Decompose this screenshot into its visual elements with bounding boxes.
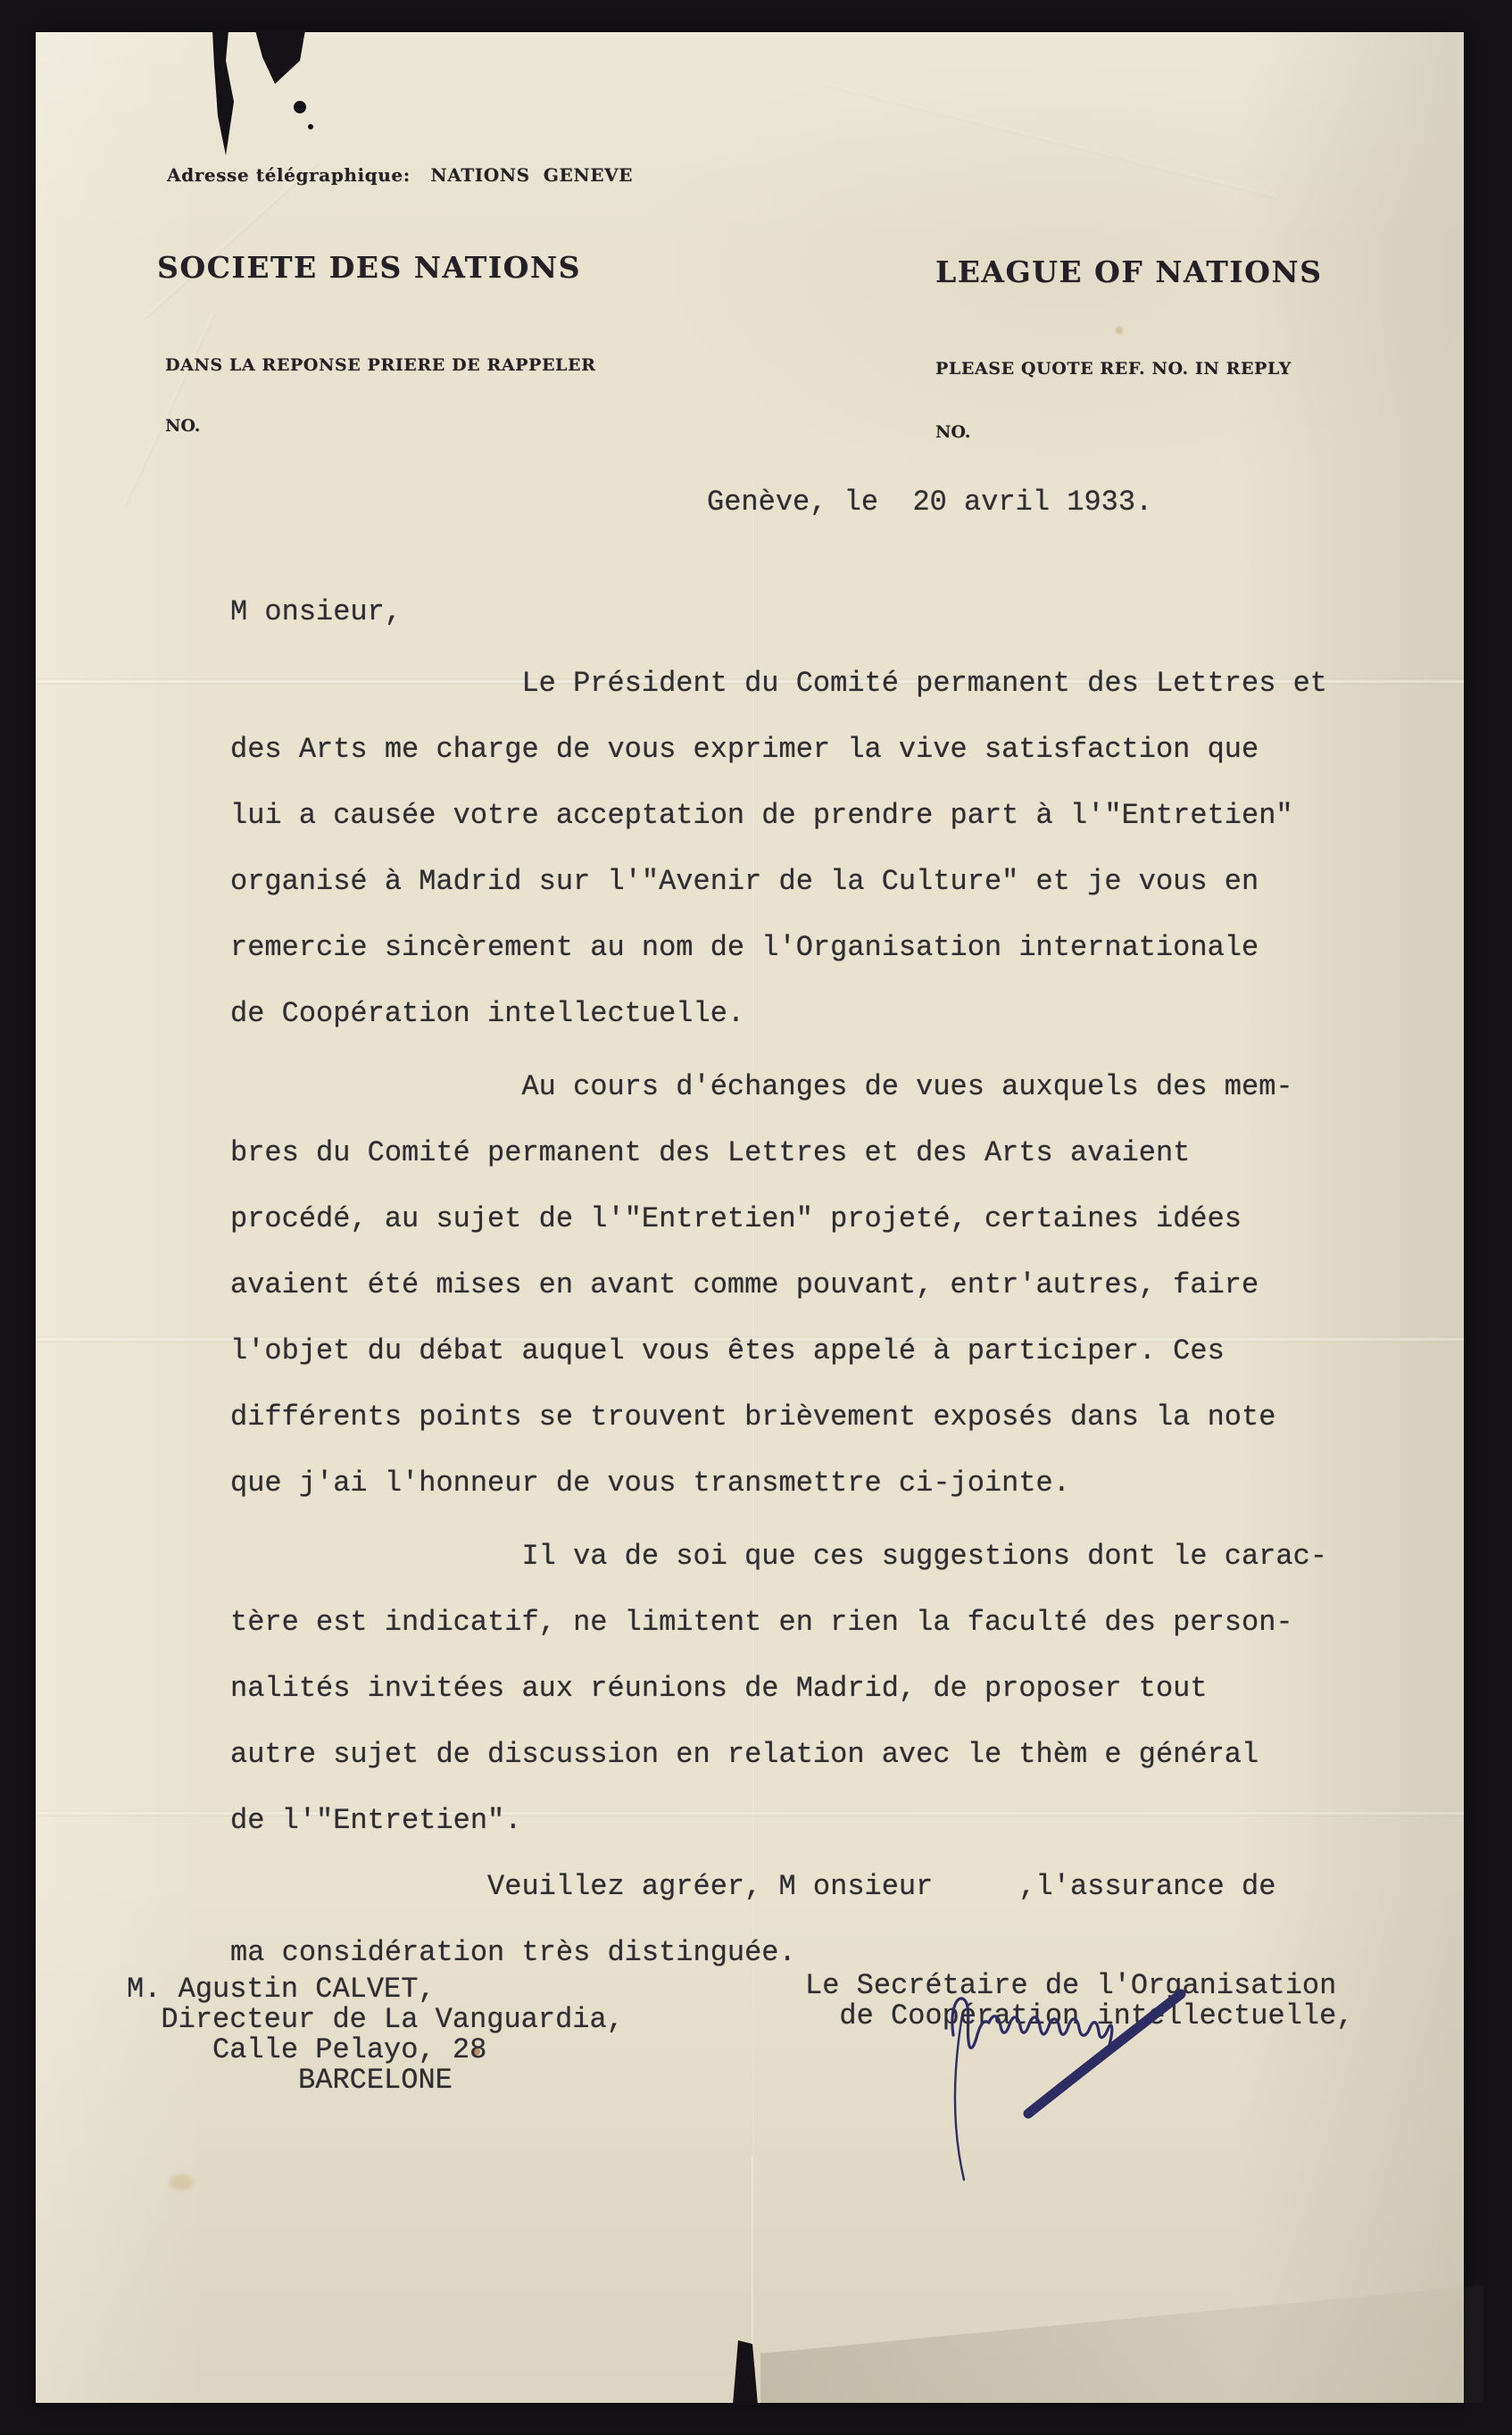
ref-no-label-english: NO.: [935, 424, 970, 441]
reply-instruction-french: DANS LA REPONSE PRIERE DE RAPPELER: [165, 357, 595, 374]
reply-instruction-english: PLEASE QUOTE REF. NO. IN REPLY: [935, 361, 1292, 378]
paragraph-3: Il va de soi que ces suggestions dont le…: [230, 1524, 1327, 1854]
recipient-address: M. Agustin CALVET, Directeur de La Vangu…: [127, 1974, 624, 2096]
diagonal-crease: [827, 83, 1279, 200]
letter-paper: Adresse télégraphique: NATIONS GENEVE SO…: [36, 32, 1464, 2403]
paragraph-1: Le Président du Comité permanent des Let…: [230, 651, 1327, 1047]
faint-stain: [1116, 327, 1123, 334]
photo-background: { "letterhead": { "telegraph_line": "Adr…: [0, 0, 1512, 2435]
diagonal-crease: [122, 312, 217, 508]
handwritten-signature: [919, 1976, 1214, 2199]
salutation: M onsieur,: [230, 596, 402, 627]
bottom-edge-slit: [727, 2340, 767, 2405]
bottom-fold-shadow: [760, 2285, 1483, 2403]
faint-stain: [170, 2174, 193, 2190]
telegraph-address-line: Adresse télégraphique: NATIONS GENEVE: [167, 166, 633, 184]
org-name-english: LEAGUE OF NATIONS: [935, 257, 1322, 287]
dateline: Genève, le 20 avril 1933.: [707, 486, 1152, 518]
org-name-french: SOCIETE DES NATIONS: [157, 253, 581, 282]
closing-formula: Veuillez agréer, M onsieur ,l'assurance …: [230, 1854, 1275, 1986]
ref-no-label-french: NO.: [165, 418, 200, 435]
paragraph-2: Au cours d'échanges de vues auxquels des…: [230, 1054, 1293, 1517]
